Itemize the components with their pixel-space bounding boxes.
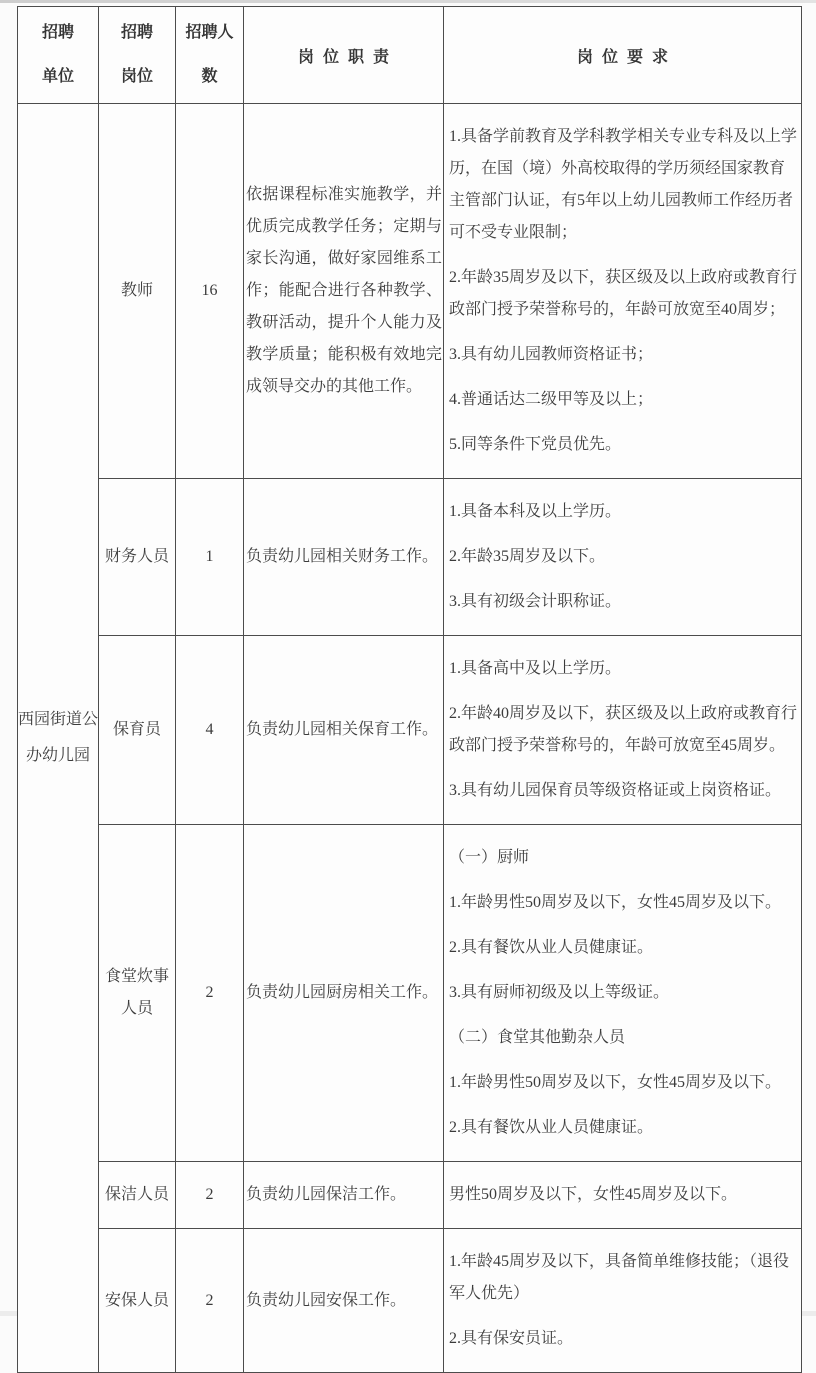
position-cell: 保洁人员 (99, 1162, 176, 1229)
headcount-cell: 4 (176, 636, 244, 825)
requirements-cell: 1.年龄45周岁及以下，具备简单维修技能；（退役军人优先） 2.具有保安员证。 (444, 1229, 802, 1317)
requirement-item: 3.具有幼儿园保育员等级资格证或上岗资格证。 (449, 775, 799, 807)
table-row-canteen: 食堂炊事人员 2 负责幼儿园厨房相关工作。 （一）厨师 1.年龄男性50周岁及以… (18, 825, 802, 1162)
requirement-item: 1.具备本科及以上学历。 (449, 496, 799, 528)
position-cell: 安保人员 (99, 1229, 176, 1317)
requirement-item: 2.具有餐饮从业人员健康证。 (449, 1112, 799, 1144)
position-cell: 保育员 (99, 636, 176, 825)
requirement-item: 1.具备高中及以上学历。 (449, 653, 799, 685)
header-requirements: 岗位要求 (444, 7, 802, 104)
screenshot-top-edge (0, 0, 816, 3)
headcount-cell: 1 (176, 479, 244, 636)
requirement-item: 1.年龄男性50周岁及以下，女性45周岁及以下。 (449, 1067, 799, 1099)
duties-cell: 负责幼儿园保洁工作。 (244, 1162, 444, 1229)
headcount-cell: 2 (176, 1162, 244, 1229)
requirements-cell: 1.具备高中及以上学历。 2.年龄40周岁及以下，获区级及以上政府或教育行政部门… (444, 636, 802, 825)
requirement-item: 3.具有幼儿园教师资格证书； (449, 339, 799, 371)
position-cell: 教师 (99, 104, 176, 479)
header-row: 招聘 单位 招聘 岗位 招聘人 数 岗位职责 岗位要求 (18, 7, 802, 104)
header-headcount: 招聘人 数 (176, 7, 244, 104)
requirement-item: 2.具有餐饮从业人员健康证。 (449, 932, 799, 964)
requirement-item: 3.具有厨师初级及以上等级证。 (449, 977, 799, 1009)
recruitment-table: 招聘 单位 招聘 岗位 招聘人 数 岗位职责 岗位要求 西园街道公 办幼儿园 教… (17, 6, 802, 1316)
duties-cell: 负责幼儿园安保工作。 (244, 1229, 444, 1317)
requirements-cell: 1.具备本科及以上学历。 2.年龄35周岁及以下。 3.具有初级会计职称证。 (444, 479, 802, 636)
table-row-teacher: 西园街道公 办幼儿园 教师 16 依据课程标准实施教学，并优质完成教学任务；定期… (18, 104, 802, 479)
requirement-item: 5.同等条件下党员优先。 (449, 429, 799, 461)
position-cell: 财务人员 (99, 479, 176, 636)
requirements-cell: （一）厨师 1.年龄男性50周岁及以下，女性45周岁及以下。 2.具有餐饮从业人… (444, 825, 802, 1162)
headcount-cell: 2 (176, 1229, 244, 1317)
requirement-item: 4.普通话达二级甲等及以上； (449, 384, 799, 416)
requirements-cell: 男性50周岁及以下，女性45周岁及以下。 (444, 1162, 802, 1229)
duties-cell: 负责幼儿园厨房相关工作。 (244, 825, 444, 1162)
headcount-cell: 16 (176, 104, 244, 479)
table-row-cleaning: 保洁人员 2 负责幼儿园保洁工作。 男性50周岁及以下，女性45周岁及以下。 (18, 1162, 802, 1229)
duties-cell: 依据课程标准实施教学，并优质完成教学任务；定期与家长沟通，做好家园维系工作；能配… (244, 104, 444, 479)
requirements-cell: 1.具备学前教育及学科教学相关专业专科及以上学历，在国（境）外高校取得的学历须经… (444, 104, 802, 479)
table-row-nursery: 保育员 4 负责幼儿园相关保育工作。 1.具备高中及以上学历。 2.年龄40周岁… (18, 636, 802, 825)
requirement-item: 2.年龄35周岁及以下，获区级及以上政府或教育行政部门授予荣誉称号的，年龄可放宽… (449, 262, 799, 326)
table-row-finance: 财务人员 1 负责幼儿园相关财务工作。 1.具备本科及以上学历。 2.年龄35周… (18, 479, 802, 636)
requirement-item: 2.年龄35周岁及以下。 (449, 541, 799, 573)
requirement-item: 1.具备学前教育及学科教学相关专业专科及以上学历，在国（境）外高校取得的学历须经… (449, 121, 799, 249)
header-position: 招聘 岗位 (99, 7, 176, 104)
requirement-item: （一）厨师 (449, 842, 799, 874)
requirement-item: 1.年龄男性50周岁及以下，女性45周岁及以下。 (449, 887, 799, 919)
duties-cell: 负责幼儿园相关财务工作。 (244, 479, 444, 636)
duties-cell: 负责幼儿园相关保育工作。 (244, 636, 444, 825)
table-row-security: 安保人员 2 负责幼儿园安保工作。 1.年龄45周岁及以下，具备简单维修技能；（… (18, 1229, 802, 1317)
requirement-item: 3.具有初级会计职称证。 (449, 586, 799, 618)
header-duties: 岗位职责 (244, 7, 444, 104)
requirement-item: 1.年龄45周岁及以下，具备简单维修技能；（退役军人优先） (449, 1246, 799, 1310)
headcount-cell: 2 (176, 825, 244, 1162)
requirement-item: 2.年龄40周岁及以下，获区级及以上政府或教育行政部门授予荣誉称号的，年龄可放宽… (449, 698, 799, 762)
requirement-item: 男性50周岁及以下，女性45周岁及以下。 (449, 1179, 799, 1211)
header-recruiting-unit: 招聘 单位 (18, 7, 99, 104)
position-cell: 食堂炊事人员 (99, 825, 176, 1162)
requirement-item: （二）食堂其他勤杂人员 (449, 1022, 799, 1054)
recruiting-unit-cell: 西园街道公 办幼儿园 (18, 104, 99, 1317)
